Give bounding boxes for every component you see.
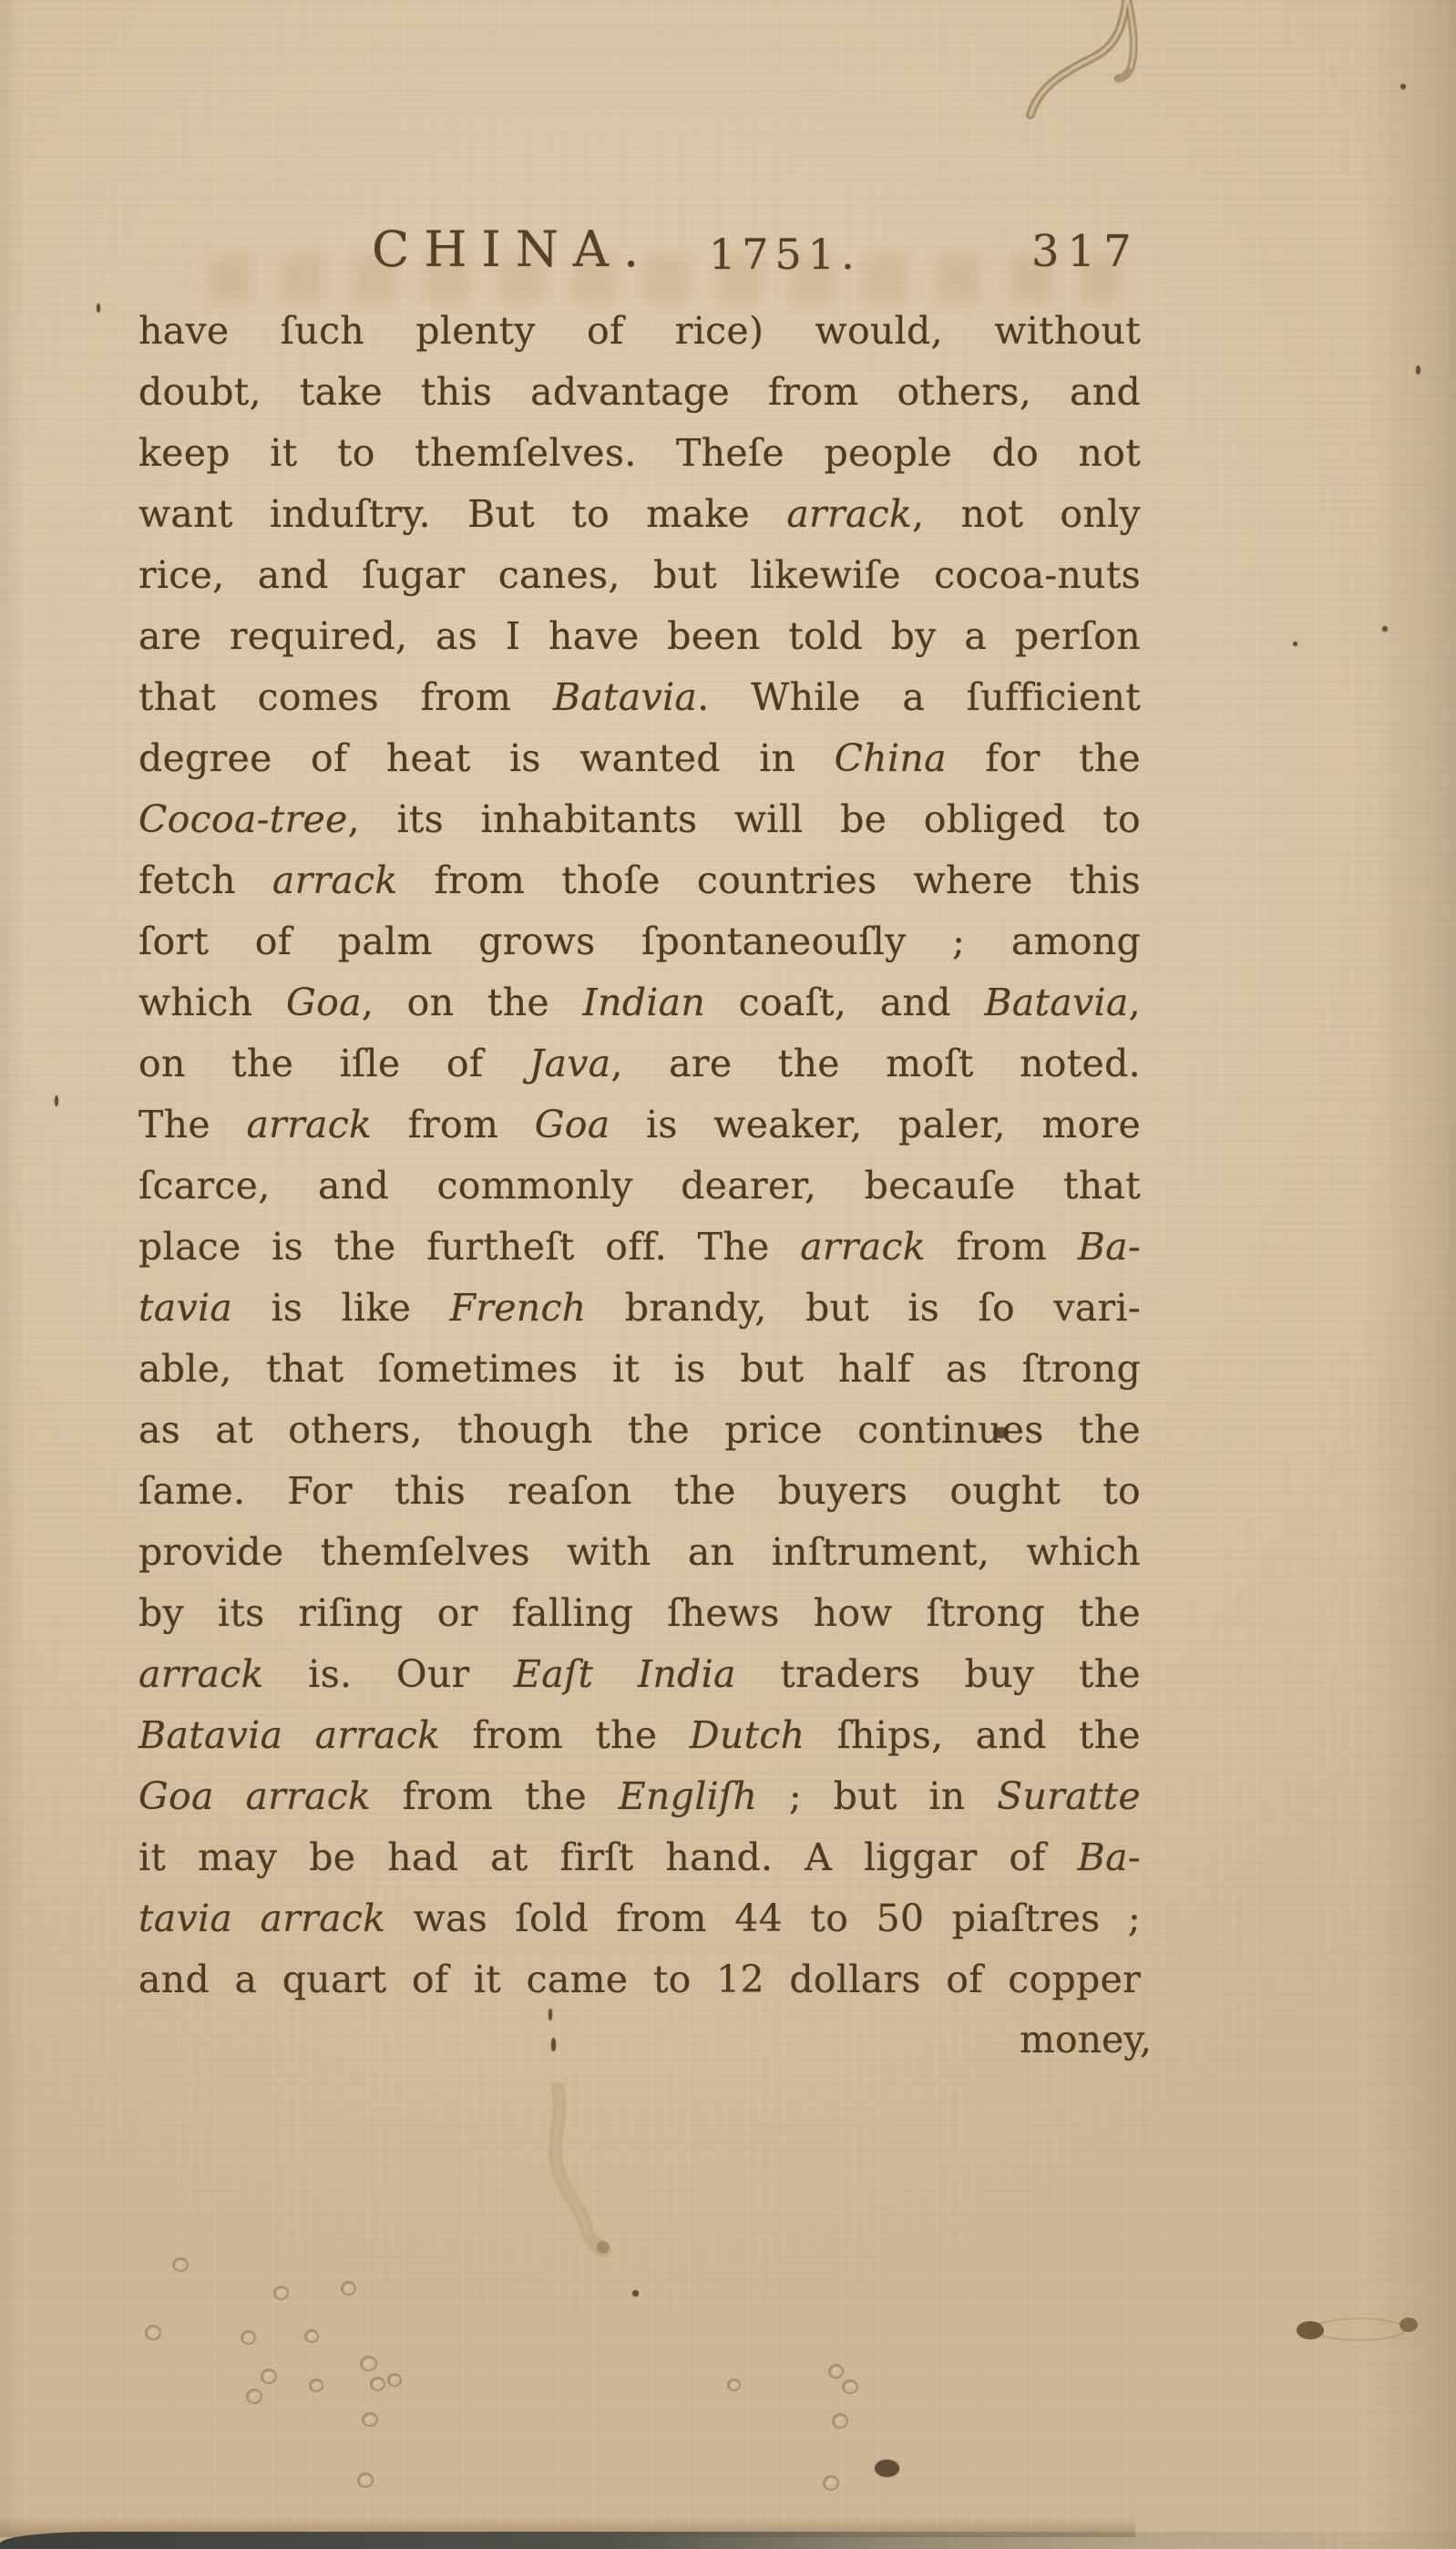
text-segment: The (138, 1103, 246, 1146)
text-segment: coaſt, and (705, 981, 984, 1024)
text-segment: ſort of palm grows ſpontaneouſly ; among (138, 920, 1141, 963)
italic-text-segment: arrack (138, 1652, 264, 1696)
ink-spot (1382, 626, 1388, 632)
ink-spot (55, 1095, 58, 1106)
text-line: ſcarce, and commonly dearer, becauſe tha… (138, 1156, 1141, 1217)
text-line: tavia is like French brandy, but is ſo v… (138, 1278, 1141, 1339)
text-segment: doubt, take this advantage from others, … (138, 370, 1141, 414)
stain-ring (823, 2475, 839, 2491)
text-line: as at others, though the price continues… (138, 1400, 1141, 1461)
text-segment: rice, and ſugar canes, but likewiſe coco… (138, 553, 1141, 597)
italic-text-segment: tavia arrack (138, 1896, 385, 1940)
text-segment: , (1129, 981, 1141, 1024)
italic-text-segment: Indian (583, 981, 706, 1024)
stain-ring (145, 2325, 161, 2340)
italic-text-segment: arrack (800, 1225, 926, 1269)
text-line: are required, as I have been told by a p… (138, 606, 1141, 667)
text-segment: and a quart of it came to 12 dollars of … (138, 1958, 1141, 2001)
text-line: on the iſle of Java, are the moſt noted. (138, 1033, 1141, 1095)
italic-text-segment: Ba- (1078, 1835, 1141, 1879)
italic-text-segment: tavia (138, 1286, 232, 1330)
text-line: The arrack from Goa is weaker, paler, mo… (138, 1095, 1141, 1156)
text-line: by its riſing or falling ſhews how ſtron… (138, 1583, 1141, 1644)
text-segment: from the (371, 1774, 619, 1818)
text-segment: was ſold from 44 to 50 piaſtres ; (385, 1896, 1141, 1940)
text-line: fetch arrack from thoſe countries where … (138, 850, 1141, 911)
text-segment: keep it to themſelves. Theſe people do n… (138, 431, 1141, 475)
text-segment: is weaker, paler, more (610, 1103, 1141, 1146)
stain-ring (832, 2413, 848, 2429)
text-segment: , on the (362, 981, 583, 1024)
body-text: have ſuch plenty of rice) would, without… (138, 301, 1141, 2010)
catchword: money, (1020, 2018, 1152, 2061)
ink-spot (1400, 84, 1406, 89)
text-segment: ſame. For this reaſon the buyers ought t… (138, 1469, 1141, 1513)
italic-text-segment: Batavia (984, 981, 1128, 1024)
italic-text-segment: Batavia (553, 675, 697, 719)
stain-ring (246, 2389, 262, 2404)
text-segment: on the iſle of (138, 1042, 529, 1085)
italic-text-segment: Suratte (997, 1774, 1141, 1818)
text-segment: from (372, 1103, 535, 1146)
italic-text-segment: Dutch (690, 1713, 805, 1757)
text-line: keep it to themſelves. Theſe people do n… (138, 423, 1141, 484)
text-segment: are required, as I have been told by a p… (138, 614, 1141, 658)
page-curl-shadow (0, 2517, 1135, 2537)
text-line: Cocoa-tree, its inhabitants will be obli… (138, 789, 1141, 850)
text-segment: is like (232, 1286, 449, 1330)
text-line: tavia arrack was ſold from 44 to 50 piaſ… (138, 1888, 1141, 1949)
book-page-scan: CHINA. 1751. 317 have ſuch plenty of ric… (0, 0, 1456, 2549)
italic-text-segment: Cocoa-tree (138, 797, 348, 841)
text-line: doubt, take this advantage from others, … (138, 362, 1141, 423)
text-segment: . While a ſufficient (697, 675, 1141, 719)
catchword-row: money, (138, 2018, 1152, 2061)
italic-text-segment: French (450, 1286, 587, 1330)
text-line: it may be had at firſt hand. A liggar of… (138, 1827, 1141, 1888)
page-number: 317 (1031, 226, 1140, 277)
text-segment: is. Our (264, 1652, 514, 1696)
stain-ring (360, 2356, 377, 2371)
ink-show-through (207, 255, 1120, 303)
stain-ring (172, 2257, 189, 2272)
text-line: place is the furtheſt off. The arrack fr… (138, 1217, 1141, 1278)
italic-text-segment: Goa arrack (138, 1774, 371, 1818)
stain-ring (727, 2379, 741, 2391)
text-segment: place is the furtheſt off. The (138, 1225, 800, 1269)
text-segment: want induſtry. But to make (138, 492, 786, 536)
scan-bed-edge (0, 2532, 1456, 2549)
italic-text-segment: Engliſh (619, 1774, 758, 1818)
italic-text-segment: Goa (286, 981, 362, 1024)
text-segment: ſhips, and the (805, 1713, 1141, 1757)
text-segment: for the (947, 736, 1141, 780)
italic-text-segment: arrack (272, 858, 398, 902)
text-segment: by its riſing or falling ſhews how ſtron… (138, 1591, 1141, 1635)
smudge-mark (1297, 2318, 1418, 2340)
ink-spot (97, 303, 100, 313)
text-line: Batavia arrack from the Dutch ſhips, and… (138, 1705, 1141, 1766)
ink-spot (1416, 365, 1420, 375)
italic-text-segment: Goa (535, 1103, 610, 1146)
stain-ring (828, 2364, 844, 2379)
text-line: want induſtry. But to make arrack, not o… (138, 484, 1141, 545)
text-line: have ſuch plenty of rice) would, without (138, 301, 1141, 362)
stain-ring (273, 2286, 289, 2300)
text-line: ſort of palm grows ſpontaneouſly ; among (138, 911, 1141, 972)
text-segment: that comes from (138, 675, 553, 719)
text-segment: provide themſelves with an inſtrument, w… (138, 1530, 1141, 1574)
italic-text-segment: arrack (786, 492, 912, 536)
text-line: provide themſelves with an inſtrument, w… (138, 1522, 1141, 1583)
text-line: rice, and ſugar canes, but likewiſe coco… (138, 545, 1141, 606)
stain-ring (241, 2330, 256, 2345)
italic-text-segment: Ba- (1078, 1225, 1141, 1269)
text-segment: it may be had at firſt hand. A liggar of (138, 1835, 1078, 1879)
text-segment: have ſuch plenty of rice) would, without (138, 309, 1141, 353)
ink-spot (875, 2460, 899, 2477)
stain-ring (842, 2379, 858, 2394)
text-segment: ; but in (757, 1774, 997, 1818)
running-title: CHINA. (372, 221, 653, 278)
text-line: ſame. For this reaſon the buyers ought t… (138, 1461, 1141, 1522)
text-line: and a quart of it came to 12 dollars of … (138, 1949, 1141, 2010)
text-segment: able, that ſometimes it is but half as ſ… (138, 1347, 1141, 1391)
italic-text-segment: Java (529, 1042, 611, 1085)
text-line: Goa arrack from the Engliſh ; but in Sur… (138, 1766, 1141, 1827)
text-segment: ſcarce, and commonly dearer, becauſe tha… (138, 1164, 1141, 1208)
stain-ring (304, 2329, 319, 2343)
stain-ring (261, 2369, 277, 2384)
stain-ring (357, 2472, 374, 2488)
text-segment: brandy, but is ſo vari- (586, 1286, 1141, 1330)
text-segment: , are the moſt noted. (610, 1042, 1141, 1085)
running-head-year: 1751. (709, 230, 861, 279)
text-segment: from thoſe countries where this (398, 858, 1141, 902)
text-segment: from (926, 1225, 1078, 1269)
stain-ring (362, 2412, 378, 2427)
italic-text-segment: arrack (246, 1103, 372, 1146)
text-segment: traders buy the (736, 1652, 1141, 1696)
stain-ring (370, 2377, 385, 2391)
stain-ring (387, 2373, 402, 2387)
text-segment: , not only (912, 492, 1141, 536)
text-segment: which (138, 981, 286, 1024)
ink-spot (1293, 642, 1297, 646)
stain-ring (341, 2281, 356, 2296)
fiber-streak-mark (555, 2089, 610, 2254)
text-segment: degree of heat is wanted in (138, 736, 835, 780)
text-line: degree of heat is wanted in China for th… (138, 728, 1141, 789)
text-segment: as at others, though the price continues… (138, 1408, 1141, 1452)
text-line: that comes from Batavia. While a ſuffici… (138, 667, 1141, 728)
text-segment: , its inhabitants will be obliged to (348, 797, 1141, 841)
text-segment: from the (440, 1713, 689, 1757)
pen-squiggle-mark (1030, 0, 1133, 115)
page-edge-right (1365, 0, 1456, 2549)
text-line: which Goa, on the Indian coaſt, and Bata… (138, 972, 1141, 1033)
italic-text-segment: China (835, 736, 947, 780)
text-segment: fetch (138, 858, 272, 902)
italic-text-segment: Batavia arrack (138, 1713, 440, 1757)
ink-spot (632, 2290, 639, 2297)
page-edge-left (0, 0, 26, 2549)
italic-text-segment: Eaſt India (514, 1652, 736, 1696)
stain-ring (309, 2379, 323, 2392)
text-line: able, that ſometimes it is but half as ſ… (138, 1339, 1141, 1400)
text-line: arrack is. Our Eaſt India traders buy th… (138, 1644, 1141, 1705)
